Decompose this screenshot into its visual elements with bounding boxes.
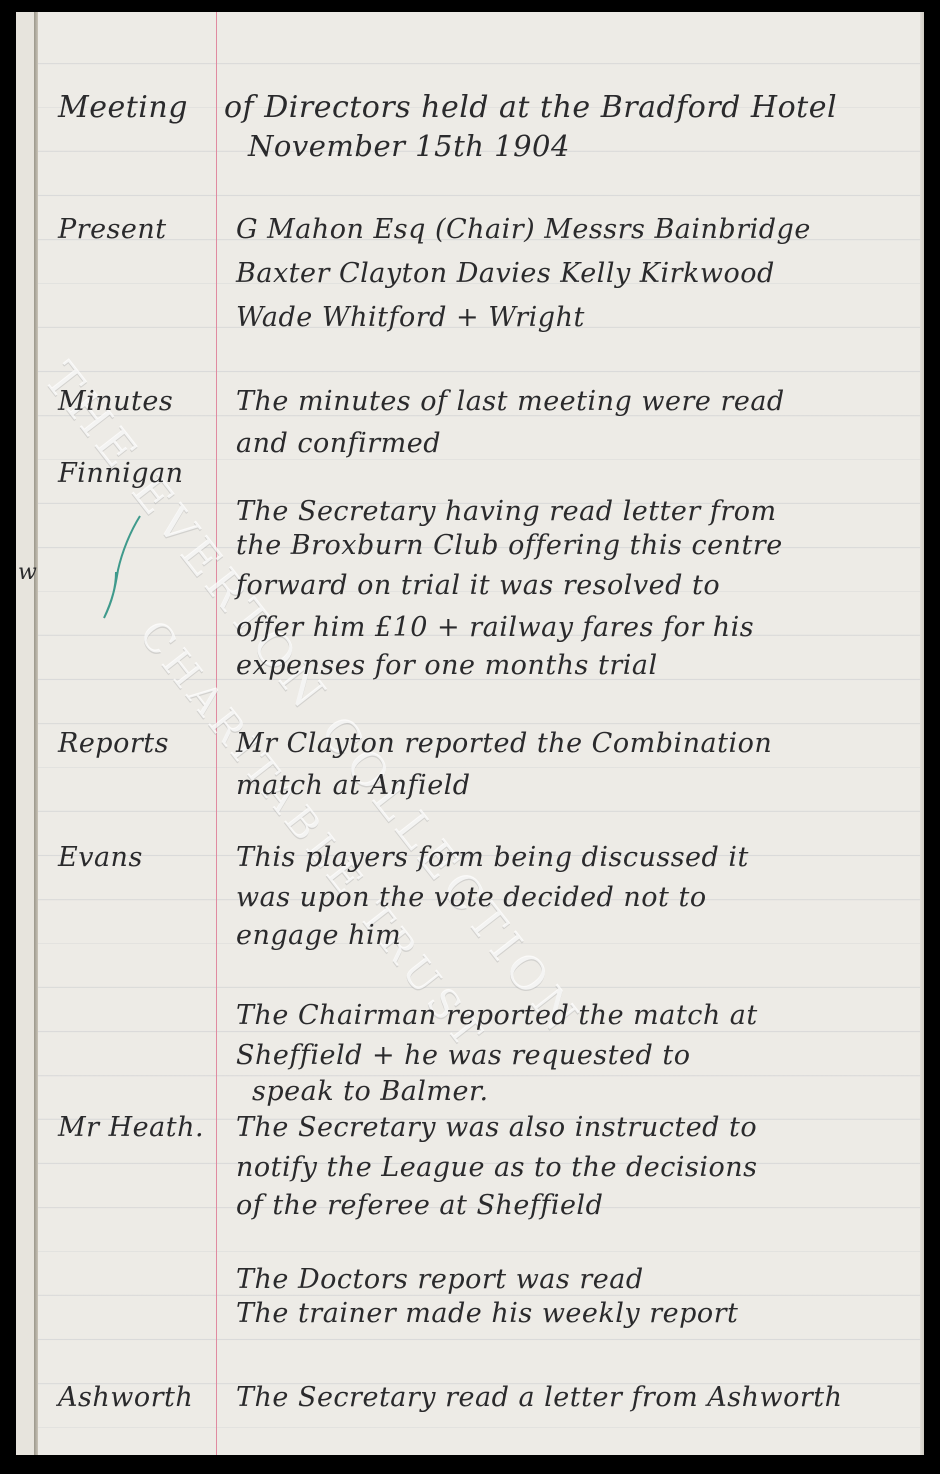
margin-label-evans: Evans bbox=[58, 836, 143, 880]
entry-line: match at Anfield bbox=[236, 764, 471, 808]
entry-line: The Chairman reported the match at bbox=[236, 994, 758, 1038]
binding-line bbox=[34, 12, 38, 1455]
entry-line: forward on trial it was resolved to bbox=[236, 564, 720, 608]
entry-line: This players form being discussed it bbox=[236, 836, 749, 880]
entry-line: G Mahon Esq (Chair) Messrs Bainbridge bbox=[236, 208, 811, 252]
green-check-mark-icon bbox=[102, 512, 142, 622]
entry-line: The Secretary read a letter from Ashwort… bbox=[236, 1376, 843, 1420]
heading-date: November 15th 1904 bbox=[248, 124, 570, 168]
heading-meeting: Meeting bbox=[58, 86, 188, 130]
binding-strip bbox=[16, 12, 35, 1455]
margin-label-finnigan: Finnigan bbox=[58, 452, 184, 496]
entry-line: and confirmed bbox=[236, 422, 441, 466]
entry-line: Wade Whitford + Wright bbox=[236, 296, 585, 340]
margin-label-ashworth: Ashworth bbox=[58, 1376, 193, 1420]
entry-line: expenses for one months trial bbox=[236, 644, 658, 688]
entry-line: engage him bbox=[236, 914, 401, 958]
margin-label-reports: Reports bbox=[58, 722, 169, 766]
entry-line: Mr Clayton reported the Combination bbox=[236, 722, 772, 766]
entry-line: The minutes of last meeting were read bbox=[236, 380, 785, 424]
page-right-edge bbox=[920, 12, 924, 1455]
entry-line: of the referee at Sheffield bbox=[236, 1184, 603, 1228]
margin-label-present: Present bbox=[58, 208, 167, 252]
margin-label-minutes: Minutes bbox=[58, 380, 173, 424]
manuscript-page: THE EVERTON COLLECTION CHARITABLE TRUST … bbox=[16, 12, 924, 1455]
entry-line: The trainer made his weekly report bbox=[236, 1292, 738, 1336]
entry-line: Baxter Clayton Davies Kelly Kirkwood bbox=[236, 252, 775, 296]
red-margin-rule bbox=[216, 12, 217, 1455]
entry-line: The Secretary was also instructed to bbox=[236, 1106, 757, 1150]
margin-stray-char: w bbox=[18, 560, 37, 585]
margin-label-mr-heath: Mr Heath. bbox=[58, 1106, 204, 1150]
entry-line: the Broxburn Club offering this centre bbox=[236, 524, 783, 568]
